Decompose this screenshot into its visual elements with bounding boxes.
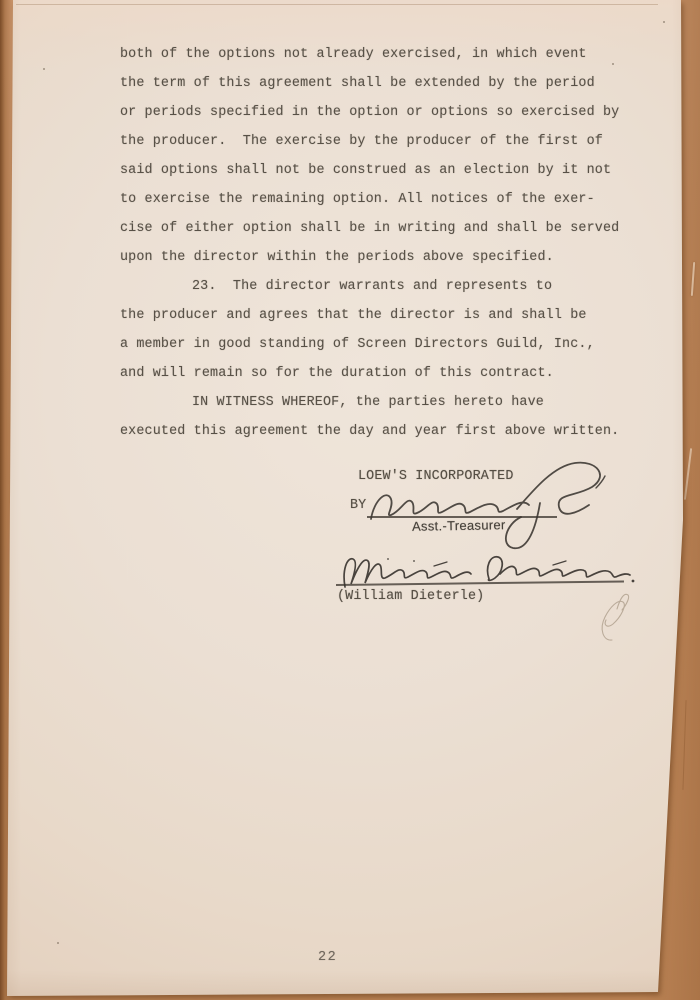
company-name: LOEW'S INCORPORATED	[358, 469, 514, 484]
paper-speck	[663, 21, 665, 23]
contract-page-wrap: both of the options not already exercise…	[0, 0, 700, 1000]
contract-text-line: or periods specified in the option or op…	[120, 98, 660, 127]
director-signature-line	[336, 580, 624, 586]
pencil-annotation	[602, 594, 628, 640]
by-label: BY	[350, 498, 366, 513]
contract-text-line: said options shall not be construed as a…	[120, 156, 660, 185]
contract-text-line: the producer. The exercise by the produc…	[120, 127, 660, 156]
paper-speck	[57, 942, 59, 944]
contract-text-line: IN WITNESS WHEREOF, the parties hereto h…	[120, 388, 660, 417]
contract-text-line: cise of either option shall be in writin…	[120, 214, 660, 243]
contract-text-line: the term of this agreement shall be exte…	[120, 69, 660, 98]
contract-text-line: the producer and agrees that the directo…	[120, 301, 660, 330]
contract-body-text: both of the options not already exercise…	[120, 40, 660, 446]
contract-text-line: to exercise the remaining option. All no…	[120, 185, 660, 214]
contract-page: both of the options not already exercise…	[0, 0, 700, 1000]
contract-text-line: both of the options not already exercise…	[120, 40, 660, 69]
director-typed-name: (William Dieterle)	[337, 589, 484, 604]
paper-speck	[43, 68, 45, 70]
contract-text-line: a member in good standing of Screen Dire…	[120, 330, 660, 359]
paper-crease	[16, 4, 658, 5]
contract-text-line: and will remain so for the duration of t…	[120, 359, 660, 388]
contract-text-line: executed this agreement the day and year…	[120, 417, 660, 446]
contract-text-line: 23. The director warrants and represents…	[120, 272, 660, 301]
officer-title-stamp: Asst.-Treasurer	[412, 517, 506, 534]
page-number: 22	[318, 950, 337, 965]
contract-text-line: upon the director within the periods abo…	[120, 243, 660, 272]
